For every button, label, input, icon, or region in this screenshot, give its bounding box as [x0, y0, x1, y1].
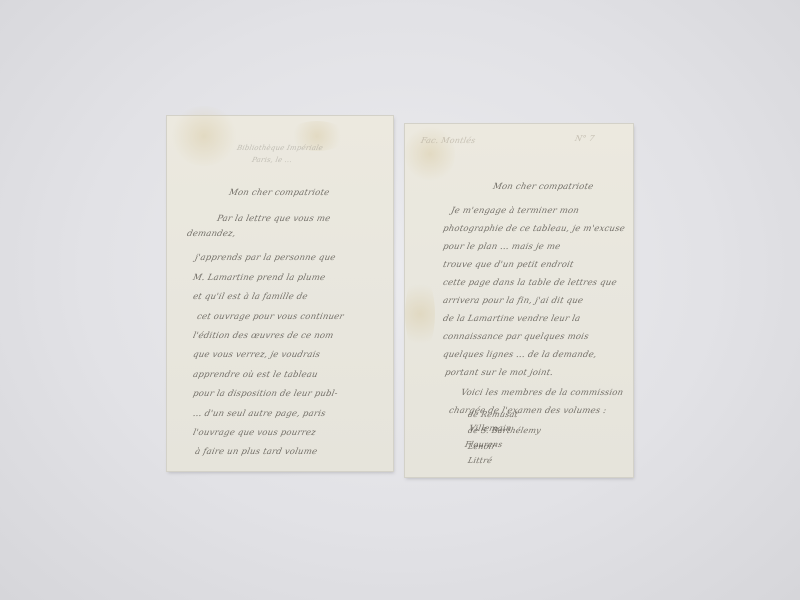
commission-member-name: de S. Barthélemy [467, 426, 542, 435]
letter-line: l'édition des œuvres de ce nom [192, 331, 335, 341]
names-list-lower [405, 124, 633, 477]
letter-line: demandez, [186, 229, 237, 239]
letter-line: pour la disposition de leur publ- [192, 389, 339, 399]
letter-line: cet ouvrage pour vous continuer [196, 312, 345, 322]
commission-member-name: de Remusat [467, 410, 519, 419]
letter-line: à faire un plus tard volume [194, 447, 318, 457]
letter-line: M. Lamartine prend la plume [192, 273, 326, 283]
letterhead-line: Bibliothèque Impériale [236, 144, 324, 152]
letter-line: l'ouvrage que vous pourrez [192, 428, 317, 438]
letter-line: apprendre où est le tableau [192, 370, 319, 380]
letter-page-left: Bibliothèque Impériale Paris, le ... Mon… [167, 116, 393, 471]
letter-line: ... d'un seul autre page, paris [192, 409, 327, 419]
salutation: Mon cher compatriote [228, 188, 330, 198]
letter-line: Par la lettre que vous me [216, 214, 331, 224]
commission-member-name: Littré [467, 456, 493, 465]
names-overlay [0, 0, 800, 600]
letter-line: que vous verrez, je voudrais [192, 350, 321, 360]
letter-line: et qu'il est à la famille de [192, 292, 309, 302]
commission-member-name: Lenoir [467, 442, 497, 451]
letterhead-line: Paris, le ... [251, 156, 293, 164]
paper-stain [169, 106, 239, 166]
letter-line: j'apprends par la personne que [194, 253, 337, 263]
